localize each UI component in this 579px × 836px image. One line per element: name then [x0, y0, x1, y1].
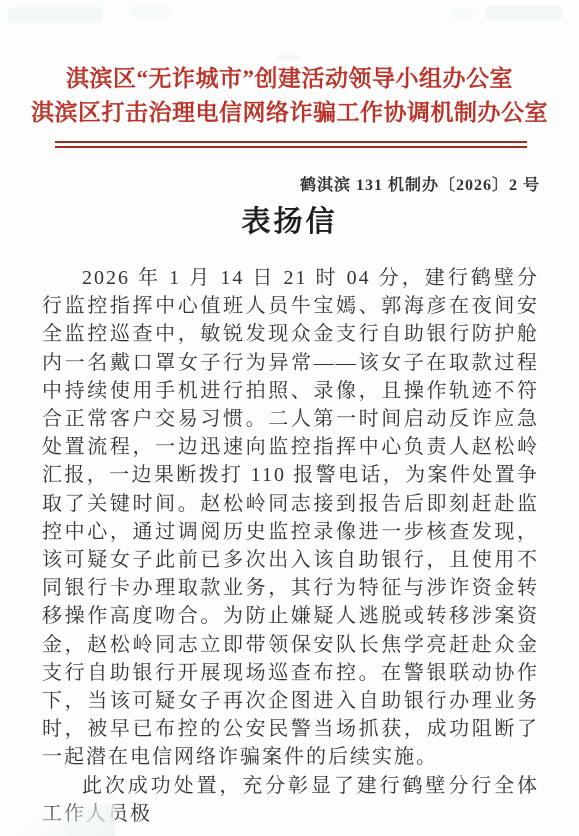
status-bar-artifact-left-2	[130, 5, 170, 18]
status-bar-artifact-right	[485, 6, 563, 20]
letterhead-line2: 淇滨区打击治理电信网络诈骗工作协调机制办公室	[0, 96, 579, 130]
status-bar-artifact-right-2	[452, 8, 474, 20]
letterhead: 淇滨区“无诈城市”创建活动领导小组办公室 淇滨区打击治理电信网络诈骗工作协调机制…	[0, 62, 579, 130]
document-title: 表扬信	[0, 199, 579, 240]
document-number: 鹤淇滨 131 机制办〔2026〕2 号	[300, 172, 540, 195]
document-body: 2026 年 1 月 14 日 21 时 04 分，建行鹤壁分行监控指挥中心值班…	[42, 264, 539, 828]
body-paragraph-1: 2026 年 1 月 14 日 21 时 04 分，建行鹤壁分行监控指挥中心值班…	[42, 264, 539, 772]
body-paragraph-2: 此次成功处置，充分彰显了建行鹤壁分行全体工作人员极	[42, 772, 539, 828]
commendation-letter-page: 淇滨区“无诈城市”创建活动领导小组办公室 淇滨区打击治理电信网络诈骗工作协调机制…	[0, 0, 579, 836]
scan-artifact-center	[277, 55, 301, 60]
letterhead-double-rule	[55, 141, 527, 148]
status-bar-artifact-left	[8, 7, 103, 23]
page-shadow-bottom-left	[0, 804, 115, 836]
letterhead-line1: 淇滨区“无诈城市”创建活动领导小组办公室	[0, 62, 579, 96]
